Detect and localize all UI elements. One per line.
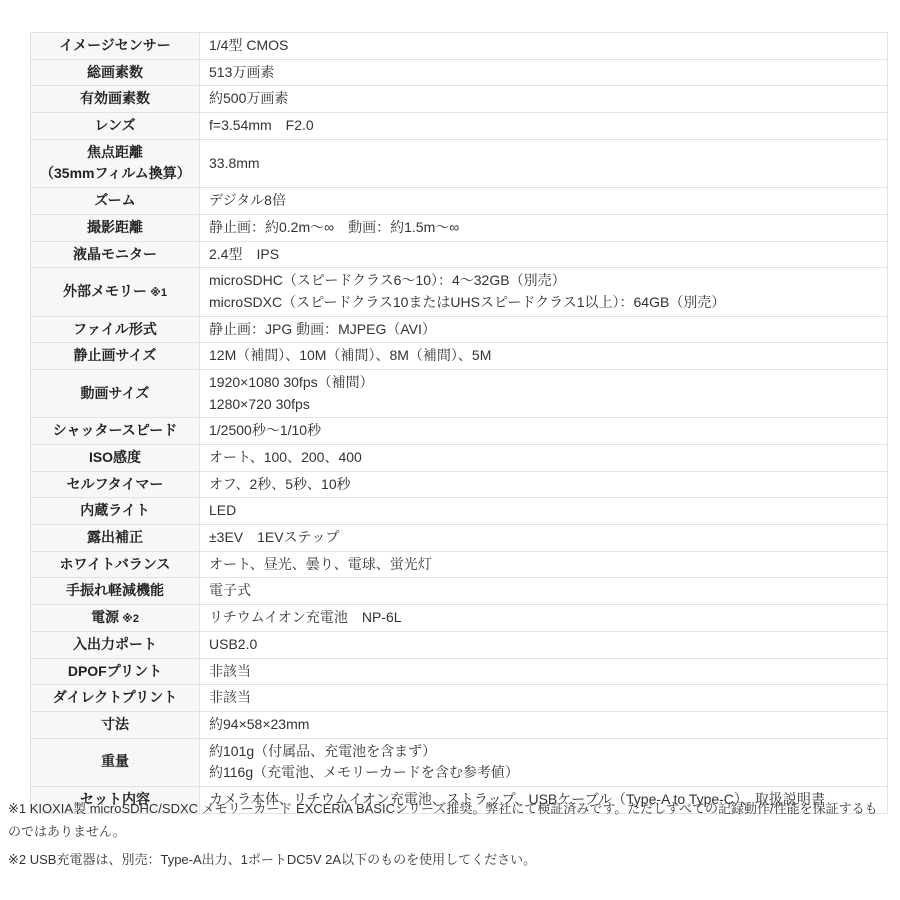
spec-label-text: 総画素数 [87, 64, 143, 80]
spec-label: 電源 ※2 [31, 605, 200, 632]
spec-value: 非該当 [200, 685, 888, 712]
spec-label: ズーム [31, 188, 200, 215]
spec-label: ISO感度 [31, 445, 200, 472]
spec-label-text: セルフタイマー [67, 476, 164, 492]
spec-value: 1/4型 CMOS [200, 33, 888, 60]
spec-label: 焦点距離 （35mmフィルム換算） [31, 139, 200, 187]
spec-label-note: ※1 [147, 287, 167, 299]
spec-label-text: 静止画サイズ [74, 347, 157, 363]
table-row: 重量 約101g（付属品、充電池を含まず） 約116g（充電池、メモリーカードを… [31, 738, 888, 786]
spec-value: 約94×58×23mm [200, 711, 888, 738]
spec-value: 約101g（付属品、充電池を含まず） 約116g（充電池、メモリーカードを含む参… [200, 738, 888, 786]
table-row: 外部メモリー ※1 microSDHC（スピードクラス6～10）：4～32GB（… [31, 268, 888, 316]
table-row: ズーム デジタル8倍 [31, 188, 888, 215]
spec-label: ホワイトバランス [31, 551, 200, 578]
spec-label-text: DPOFプリント [68, 663, 162, 679]
spec-label: 液晶モニター [31, 241, 200, 268]
spec-label: 入出力ポート [31, 631, 200, 658]
spec-label-text: 入出力ポート [73, 636, 157, 652]
spec-label: 内蔵ライト [31, 498, 200, 525]
spec-label: ダイレクトプリント [31, 685, 200, 712]
spec-value: オフ、2秒、5秒、10秒 [200, 471, 888, 498]
spec-value: 約500万画素 [200, 86, 888, 113]
spec-value: ±3EV 1EVステップ [200, 525, 888, 552]
table-row: レンズ f=3.54mm F2.0 [31, 113, 888, 140]
spec-label: イメージセンサー [31, 33, 200, 60]
spec-value: オート、昼光、曇り、電球、蛍光灯 [200, 551, 888, 578]
table-row: ホワイトバランス オート、昼光、曇り、電球、蛍光灯 [31, 551, 888, 578]
table-row: 液晶モニター 2.4型 IPS [31, 241, 888, 268]
table-row: 静止画サイズ 12M（補間）、10M（補間）、8M（補間）、5M [31, 343, 888, 370]
spec-label-text: 内蔵ライト [80, 502, 150, 518]
spec-label: 撮影距離 [31, 214, 200, 241]
table-row: 総画素数 513万画素 [31, 59, 888, 86]
spec-page: イメージセンサー 1/4型 CMOS 総画素数 513万画素 有効画素数 約50… [0, 0, 900, 900]
spec-label: ファイル形式 [31, 316, 200, 343]
spec-label: レンズ [31, 113, 200, 140]
table-row: セルフタイマー オフ、2秒、5秒、10秒 [31, 471, 888, 498]
spec-label: 寸法 [31, 711, 200, 738]
table-row: 内蔵ライト LED [31, 498, 888, 525]
table-row: 動画サイズ 1920×1080 30fps（補間） 1280×720 30fps [31, 369, 888, 417]
spec-value: USB2.0 [200, 631, 888, 658]
spec-label: 静止画サイズ [31, 343, 200, 370]
spec-label-text: 有効画素数 [80, 90, 150, 106]
table-row: 入出力ポート USB2.0 [31, 631, 888, 658]
spec-label: DPOFプリント [31, 658, 200, 685]
spec-label: 外部メモリー ※1 [31, 268, 200, 316]
spec-label-text: 露出補正 [87, 529, 143, 545]
spec-label-text: ホワイトバランス [60, 556, 171, 572]
table-row: 電源 ※2 リチウムイオン充電池 NP-6L [31, 605, 888, 632]
table-row: 有効画素数 約500万画素 [31, 86, 888, 113]
table-row: ファイル形式 静止画：JPG 動画：MJPEG（AVI） [31, 316, 888, 343]
spec-value: microSDHC（スピードクラス6～10）：4～32GB（別売） microS… [200, 268, 888, 316]
spec-value: 2.4型 IPS [200, 241, 888, 268]
spec-label: セルフタイマー [31, 471, 200, 498]
spec-label: 有効画素数 [31, 86, 200, 113]
spec-value: f=3.54mm F2.0 [200, 113, 888, 140]
table-row: DPOFプリント 非該当 [31, 658, 888, 685]
spec-label: 動画サイズ [31, 369, 200, 417]
spec-label: シャッタースピード [31, 418, 200, 445]
spec-label-text: 液晶モニター [73, 246, 157, 262]
spec-value: 電子式 [200, 578, 888, 605]
footnote: ※1 KIOXIA製 microSDHC/SDXC メモリーカード EXCERI… [8, 798, 890, 844]
table-row: 焦点距離 （35mmフィルム換算） 33.8mm [31, 139, 888, 187]
spec-label-note: ※2 [119, 613, 139, 625]
spec-label: 総画素数 [31, 59, 200, 86]
spec-label-text: レンズ [94, 117, 135, 133]
spec-table-body: イメージセンサー 1/4型 CMOS 総画素数 513万画素 有効画素数 約50… [31, 33, 888, 814]
spec-label: 重量 [31, 738, 200, 786]
spec-value: 33.8mm [200, 139, 888, 187]
table-row: ダイレクトプリント 非該当 [31, 685, 888, 712]
table-row: 手振れ軽減機能 電子式 [31, 578, 888, 605]
camera-spec-table: イメージセンサー 1/4型 CMOS 総画素数 513万画素 有効画素数 約50… [30, 32, 888, 814]
spec-label-text: イメージセンサー [59, 37, 171, 53]
table-row: 撮影距離 静止画：約0.2m～∞ 動画：約1.5m～∞ [31, 214, 888, 241]
spec-value: LED [200, 498, 888, 525]
spec-label-text: 電源 [91, 609, 119, 625]
spec-label-text: ファイル形式 [73, 321, 157, 337]
spec-label-text: 焦点距離 （35mmフィルム換算） [40, 144, 191, 182]
spec-label-text: 重量 [101, 753, 129, 769]
spec-label-text: ISO感度 [89, 449, 141, 465]
spec-label: 露出補正 [31, 525, 200, 552]
spec-value: 静止画：約0.2m～∞ 動画：約1.5m～∞ [200, 214, 888, 241]
spec-label-text: ズーム [94, 192, 135, 208]
spec-value: リチウムイオン充電池 NP-6L [200, 605, 888, 632]
table-row: イメージセンサー 1/4型 CMOS [31, 33, 888, 60]
spec-label-text: 手振れ軽減機能 [66, 582, 164, 598]
spec-value: 513万画素 [200, 59, 888, 86]
spec-label-text: 外部メモリー [63, 283, 147, 299]
spec-label-text: 寸法 [101, 716, 129, 732]
footnotes: ※1 KIOXIA製 microSDHC/SDXC メモリーカード EXCERI… [8, 798, 890, 876]
spec-label-text: 動画サイズ [81, 385, 150, 401]
table-row: ISO感度 オート、100、200、400 [31, 445, 888, 472]
table-row: 寸法 約94×58×23mm [31, 711, 888, 738]
spec-value: 1920×1080 30fps（補間） 1280×720 30fps [200, 369, 888, 417]
table-row: シャッタースピード 1/2500秒～1/10秒 [31, 418, 888, 445]
spec-label-text: シャッタースピード [53, 422, 177, 438]
spec-value: オート、100、200、400 [200, 445, 888, 472]
spec-value: 静止画：JPG 動画：MJPEG（AVI） [200, 316, 888, 343]
spec-label: 手振れ軽減機能 [31, 578, 200, 605]
spec-label-text: ダイレクトプリント [53, 689, 177, 705]
table-row: 露出補正 ±3EV 1EVステップ [31, 525, 888, 552]
footnote: ※2 USB充電器は、別売：Type-A出力、1ポートDC5V 2A以下のものを… [8, 849, 890, 872]
spec-value: 1/2500秒～1/10秒 [200, 418, 888, 445]
spec-value: 12M（補間）、10M（補間）、8M（補間）、5M [200, 343, 888, 370]
spec-value: 非該当 [200, 658, 888, 685]
spec-value: デジタル8倍 [200, 188, 888, 215]
spec-label-text: 撮影距離 [87, 219, 143, 235]
